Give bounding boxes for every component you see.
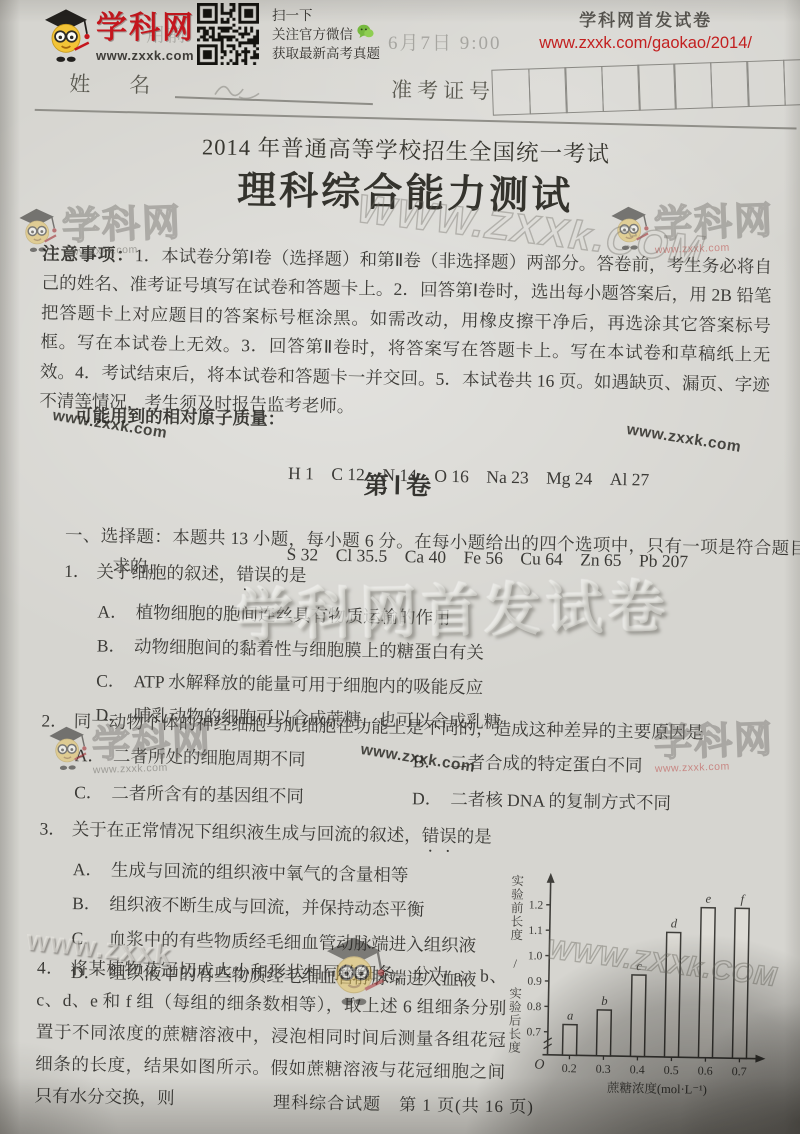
chart-shape <box>664 932 680 1057</box>
ticket-box <box>565 66 605 113</box>
chart-label: 1.1 <box>528 925 543 937</box>
handwriting-scribble <box>209 76 269 103</box>
scanned-exam-page: 用前 6月7日 9:00 学科网 www.zxxk.com 扫一下 关注官方微信 <box>0 0 800 1134</box>
scan-fragment-right: 6月7日 9:00 <box>388 28 502 55</box>
chart-label: 0.8 <box>527 1001 542 1013</box>
qr-caption-line3: 获取最新高考真题 <box>272 44 380 63</box>
ticket-box <box>528 67 568 114</box>
emphasized-word: 错误 <box>422 825 457 846</box>
qr-caption-line1: 扫一下 <box>272 6 380 25</box>
chart-label: 1.2 <box>529 899 544 911</box>
first-release-title: 学科网首发试卷 <box>539 6 752 31</box>
exam-sheet: 姓 名 准考证号 2014 年普通高等学校招生全国统一考试 理科综合能力测试 注… <box>0 0 800 1134</box>
logo-text-block: 学科网 www.zxxk.com <box>96 2 195 63</box>
chart-shape <box>547 881 550 1055</box>
option-a: A．二者所处的细胞周期不同 <box>75 740 413 776</box>
chart-shape <box>562 1024 577 1055</box>
question-3-stem: 3．关于在正常情况下组织液生成与回流的叙述，错误的是 <box>39 813 600 858</box>
wechat-icon <box>357 24 374 39</box>
chart-label: 实验前长度 / 实验后长度 <box>506 874 524 1054</box>
question-number: 4． <box>37 957 71 978</box>
chart-label: 1.0 <box>528 950 543 962</box>
chart-label: 0.5 <box>664 1063 679 1077</box>
option-b: B．二者合成的特定蛋白不同 <box>413 746 771 783</box>
chart-label: 0.2 <box>562 1061 577 1075</box>
chart-shape <box>755 1055 765 1063</box>
name-label: 姓 名 <box>69 68 160 100</box>
chart-shape <box>732 908 749 1058</box>
ticket-box <box>492 68 532 115</box>
qr-caption-line2: 关注官方微信 <box>272 25 380 44</box>
qr-code <box>197 3 259 65</box>
chart-shape <box>630 975 645 1057</box>
question-2-options: A．二者所处的细胞周期不同 B．二者合成的特定蛋白不同 C．二者所含有的基因组不… <box>74 740 771 820</box>
zxxk-logo: 学科网 www.zxxk.com <box>38 2 195 64</box>
chart-label: a <box>567 1009 574 1023</box>
chart-label: f <box>741 892 746 906</box>
header-right: 学科网首发试卷 www.zxxk.com/gaokao/2014/ <box>539 6 752 53</box>
emphasized-word: 错误 <box>236 564 271 585</box>
notice-label: 注意事项： <box>42 243 135 265</box>
chart-label: 0.7 <box>526 1026 541 1038</box>
notice-paragraph: 注意事项：1．本试卷分第Ⅰ卷（选择题）和第Ⅱ卷（非选择题）两部分。答卷前，考生务… <box>39 239 772 429</box>
qr-caption: 扫一下 关注官方微信 获取最新高考真题 <box>272 6 380 63</box>
chart-label: 0.9 <box>527 976 542 988</box>
question-number: 1． <box>64 561 97 582</box>
notice-text: 1．本试卷分第Ⅰ卷（选择题）和第Ⅱ卷（非选择题）两部分。答卷前，考生务必将自己的… <box>39 245 772 417</box>
mascot-icon <box>38 2 94 64</box>
option-d: D．二者核 DNA 的复制方式不同 <box>412 783 770 820</box>
chart-label: b <box>601 994 608 1008</box>
chart-shape <box>596 1010 611 1056</box>
question-number: 2． <box>41 710 74 731</box>
chart-label: 0.3 <box>596 1062 611 1076</box>
option-c: C．二者所含有的基因组不同 <box>74 777 412 813</box>
experiment-bar-chart: O0.70.80.91.01.11.2a0.2b0.3c0.4d0.5e0.6f… <box>497 864 781 1105</box>
chart-label: 0.6 <box>698 1064 713 1078</box>
name-underline <box>175 96 373 105</box>
chart-shape <box>698 908 715 1058</box>
question-number: 3． <box>39 818 72 839</box>
chart-label: O <box>534 1058 544 1073</box>
logo-site-name: 学科网 <box>96 2 195 47</box>
chart-label: d <box>671 916 678 930</box>
ticket-box <box>637 63 677 110</box>
chart-label: c <box>636 959 642 973</box>
chart-label: e <box>705 892 711 906</box>
chart-shape <box>547 873 555 883</box>
chart-label: 0.4 <box>630 1062 645 1076</box>
page-header: 用前 6月7日 9:00 学科网 www.zxxk.com 扫一下 关注官方微信 <box>0 0 800 70</box>
ticket-box <box>601 65 641 112</box>
question-2: 2．同一动物个体的神经细胞与肌细胞在功能上是不同的，造成这种差异的主要原因是 A… <box>40 705 772 819</box>
logo-site-url: www.zxxk.com <box>96 48 195 63</box>
gaokao-url: www.zxxk.com/gaokao/2014/ <box>539 34 752 53</box>
ticket-label: 准考证号 <box>391 74 496 106</box>
chart-label: 0.7 <box>732 1064 747 1078</box>
